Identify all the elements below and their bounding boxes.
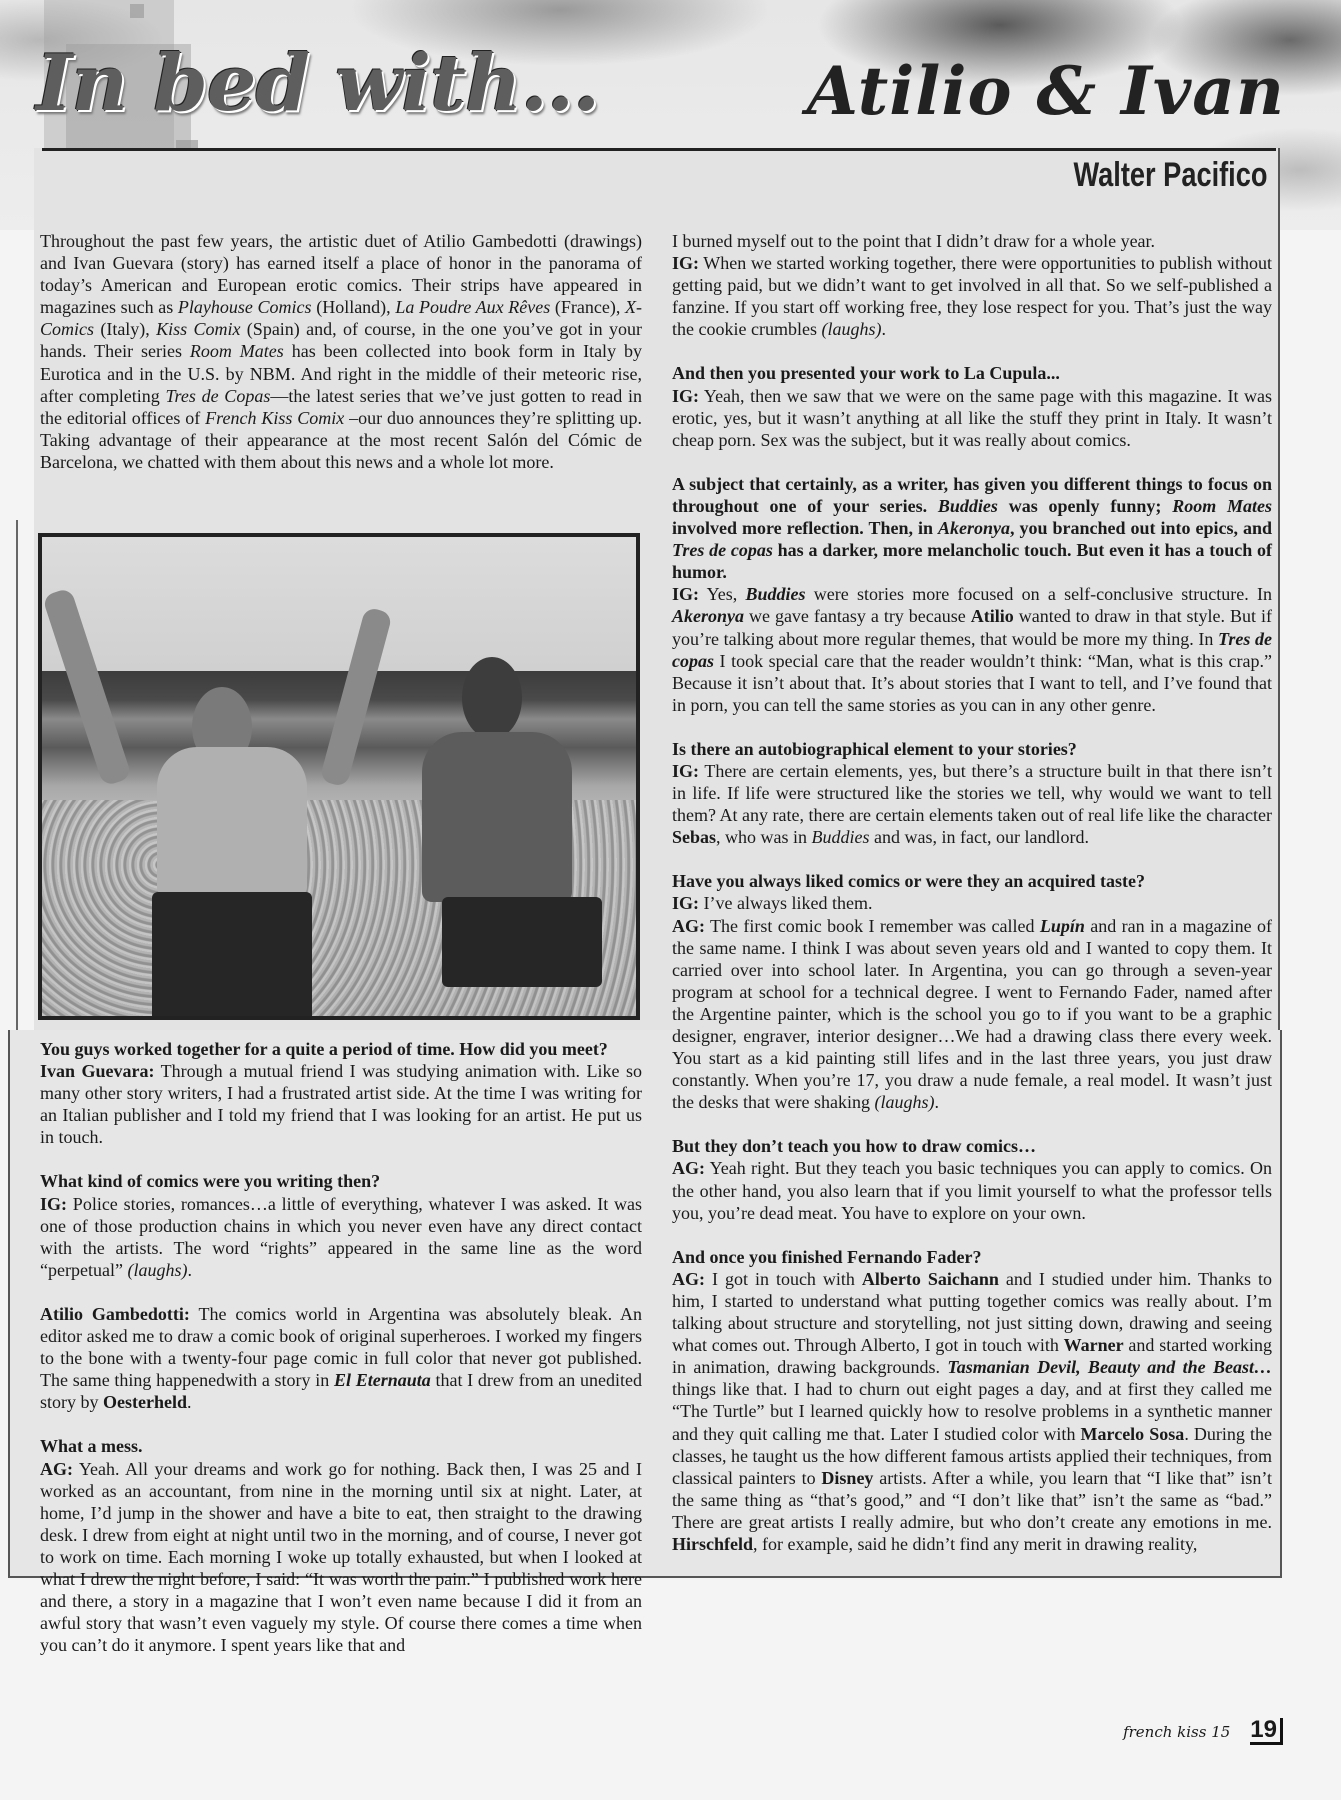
- interview-question: What kind of comics were you writing the…: [40, 1170, 642, 1192]
- text-run: Akeronya: [938, 518, 1010, 538]
- text-run: Yeah. All your dreams and work go for no…: [40, 1459, 642, 1656]
- interview-question: You guys worked together for a quite a p…: [40, 1038, 642, 1060]
- qa-block: A subject that certainly, as a writer, h…: [672, 473, 1272, 716]
- text-run: we gave fantasy a try because: [744, 606, 971, 626]
- text-run: Buddies: [812, 827, 870, 847]
- text-run: (laughs): [127, 1260, 187, 1280]
- text-run: Disney: [821, 1468, 873, 1488]
- text-run: Warner: [1064, 1335, 1124, 1355]
- qa-block: But they don’t teach you how to draw com…: [672, 1135, 1272, 1223]
- text-run: I took special care that the reader woul…: [672, 651, 1272, 715]
- text-run: Buddies: [746, 584, 806, 604]
- author-byline: Walter Pacifico: [1073, 156, 1267, 195]
- interview-answer: AG: Yeah right. But they teach you basic…: [672, 1157, 1272, 1223]
- intro-paragraph: Throughout the past few years, the artis…: [40, 230, 642, 473]
- text-run: Yeah, then we saw that we were on the sa…: [672, 386, 1272, 450]
- text-run: Marcelo Sosa: [1081, 1424, 1185, 1444]
- interview-answer: Atilio Gambedotti: The comics world in A…: [40, 1303, 642, 1413]
- speaker-label: IG:: [40, 1194, 67, 1214]
- interview-answer: IG: Yeah, then we saw that we were on th…: [672, 385, 1272, 451]
- text-run: Buddies: [938, 496, 998, 516]
- page-footer: french kiss 15 19: [1123, 1718, 1283, 1745]
- speaker-label: IG:: [672, 893, 699, 913]
- raised-arm: [319, 606, 393, 787]
- qa-block: You guys worked together for a quite a p…: [40, 1038, 642, 1148]
- text-run: were stories more focused on a self-conc…: [806, 584, 1272, 604]
- speaker-label: AG:: [672, 1158, 705, 1178]
- text-run: I burned myself out to the point that I …: [672, 231, 1155, 251]
- speaker-label: IG:: [672, 584, 699, 604]
- qa-block: Atilio Gambedotti: The comics world in A…: [40, 1303, 642, 1413]
- text-run: and was, in fact, our landlord.: [870, 827, 1089, 847]
- speaker-label: Atilio Gambedotti:: [40, 1304, 190, 1324]
- person-right-torso: [422, 732, 572, 902]
- text-run: (laughs): [874, 1092, 934, 1112]
- text-run: Oesterheld: [103, 1392, 187, 1412]
- text-run: involved more reflection. Then, in: [672, 518, 938, 538]
- text-run: Yeah right. But they teach you basic tec…: [672, 1158, 1272, 1222]
- text-run: .: [187, 1392, 192, 1412]
- text-run: (laughs): [821, 319, 881, 339]
- speaker-label: IG:: [672, 386, 699, 406]
- interview-answer: AG: The first comic book I remember was …: [672, 915, 1272, 1114]
- section-kicker: In bed with...: [36, 38, 599, 129]
- page-number: 19: [1250, 1718, 1283, 1745]
- interview-answer: AG: Yeah. All your dreams and work go fo…: [40, 1458, 642, 1657]
- speaker-label: AG:: [672, 1269, 705, 1289]
- qa-block: What a mess.AG: Yeah. All your dreams an…: [40, 1435, 642, 1656]
- text-run: Tasmanian Devil, Beauty and the Beast…: [947, 1357, 1272, 1377]
- text-run: Atilio: [971, 606, 1014, 626]
- interview-answer: IG: There are certain elements, yes, but…: [672, 760, 1272, 848]
- text-run: El Eternauta: [334, 1370, 431, 1390]
- intro-column: Throughout the past few years, the artis…: [40, 230, 642, 473]
- interview-answer: IG: I’ve always liked them.: [672, 892, 1272, 914]
- interview-answer: IG: Police stories, romances…a little of…: [40, 1193, 642, 1281]
- photo-two-men-beach: [38, 533, 640, 1020]
- speaker-label: IG:: [672, 761, 699, 781]
- interview-question: What a mess.: [40, 1435, 642, 1457]
- qa-block: Is there an autobiographical element to …: [672, 738, 1272, 848]
- text-run: Hirschfeld: [672, 1534, 753, 1554]
- text-run: was openly funny;: [998, 496, 1172, 516]
- interview-answer: Ivan Guevara: Through a mutual friend I …: [40, 1060, 642, 1148]
- text-run: Playhouse Comics: [178, 297, 312, 317]
- text-run: .: [881, 319, 886, 339]
- interview-question: Have you always liked comics or were the…: [672, 870, 1272, 892]
- text-run: French Kiss Comix: [205, 408, 344, 428]
- interview-question: And then you presented your work to La C…: [672, 362, 1272, 384]
- interview-answer: IG: Yes, Buddies were stories more focus…: [672, 583, 1272, 716]
- qa-block: I burned myself out to the point that I …: [672, 230, 1272, 340]
- decorative-square: [130, 4, 144, 18]
- frame-border: [16, 520, 18, 1030]
- text-run: Tres de Copas: [165, 386, 270, 406]
- magazine-issue: french kiss 15: [1123, 1723, 1230, 1741]
- text-run: .: [187, 1260, 192, 1280]
- text-run: Room Mates: [190, 341, 284, 361]
- qa-block: And once you finished Fernando Fader?AG:…: [672, 1246, 1272, 1555]
- article-title: Atilio & Ivan: [807, 52, 1285, 130]
- text-run: Akeronya: [672, 606, 744, 626]
- text-run: and ran in a magazine of the same name. …: [672, 916, 1272, 1113]
- text-run: (France),: [550, 297, 625, 317]
- speaker-label: AG:: [40, 1459, 73, 1479]
- text-run: When we started working together, there …: [672, 253, 1272, 339]
- interview-question: Is there an autobiographical element to …: [672, 738, 1272, 760]
- text-run: Alberto Saichann: [862, 1269, 999, 1289]
- text-run: Sebas: [672, 827, 716, 847]
- right-column: I burned myself out to the point that I …: [672, 230, 1272, 1555]
- text-run: (Holland),: [312, 297, 396, 317]
- title-rule: [42, 148, 1276, 151]
- text-run: Room Mates: [1172, 496, 1272, 516]
- interview-answer: I burned myself out to the point that I …: [672, 230, 1272, 252]
- text-run: , for example, said he didn’t find any m…: [753, 1534, 1197, 1554]
- qa-block: What kind of comics were you writing the…: [40, 1170, 642, 1280]
- text-run: There are certain elements, yes, but the…: [672, 761, 1272, 825]
- person-left-shorts: [152, 892, 312, 1020]
- interview-answer: IG: When we started working together, th…: [672, 252, 1272, 340]
- text-run: I’ve always liked them.: [699, 893, 872, 913]
- text-run: .: [934, 1092, 939, 1112]
- text-run: , who was in: [716, 827, 812, 847]
- person-right-shorts: [442, 897, 602, 987]
- person-head: [462, 657, 522, 739]
- text-run: , you branched out into epics, and: [1010, 518, 1272, 538]
- text-run: Lupín: [1040, 916, 1085, 936]
- speaker-label: AG:: [672, 916, 705, 936]
- text-run: Yes,: [699, 584, 746, 604]
- text-run: I got in touch with: [705, 1269, 862, 1289]
- text-run: La Poudre Aux Rêves: [395, 297, 550, 317]
- person-left-torso: [157, 747, 307, 897]
- text-run: (Italy),: [94, 319, 156, 339]
- speaker-label: Ivan Guevara:: [40, 1061, 155, 1081]
- interview-answer: AG: I got in touch with Alberto Saichann…: [672, 1268, 1272, 1555]
- left-column: You guys worked together for a quite a p…: [40, 1038, 642, 1656]
- text-run: Tres de copas: [672, 540, 773, 560]
- text-run: Kiss Comix: [156, 319, 240, 339]
- text-run: The first comic book I remember was call…: [705, 916, 1040, 936]
- qa-block: Have you always liked comics or were the…: [672, 870, 1272, 1113]
- interview-question: But they don’t teach you how to draw com…: [672, 1135, 1272, 1157]
- qa-block: And then you presented your work to La C…: [672, 362, 1272, 450]
- interview-question: And once you finished Fernando Fader?: [672, 1246, 1272, 1268]
- interview-question: A subject that certainly, as a writer, h…: [672, 473, 1272, 583]
- raised-arm: [42, 587, 132, 786]
- speaker-label: IG:: [672, 253, 699, 273]
